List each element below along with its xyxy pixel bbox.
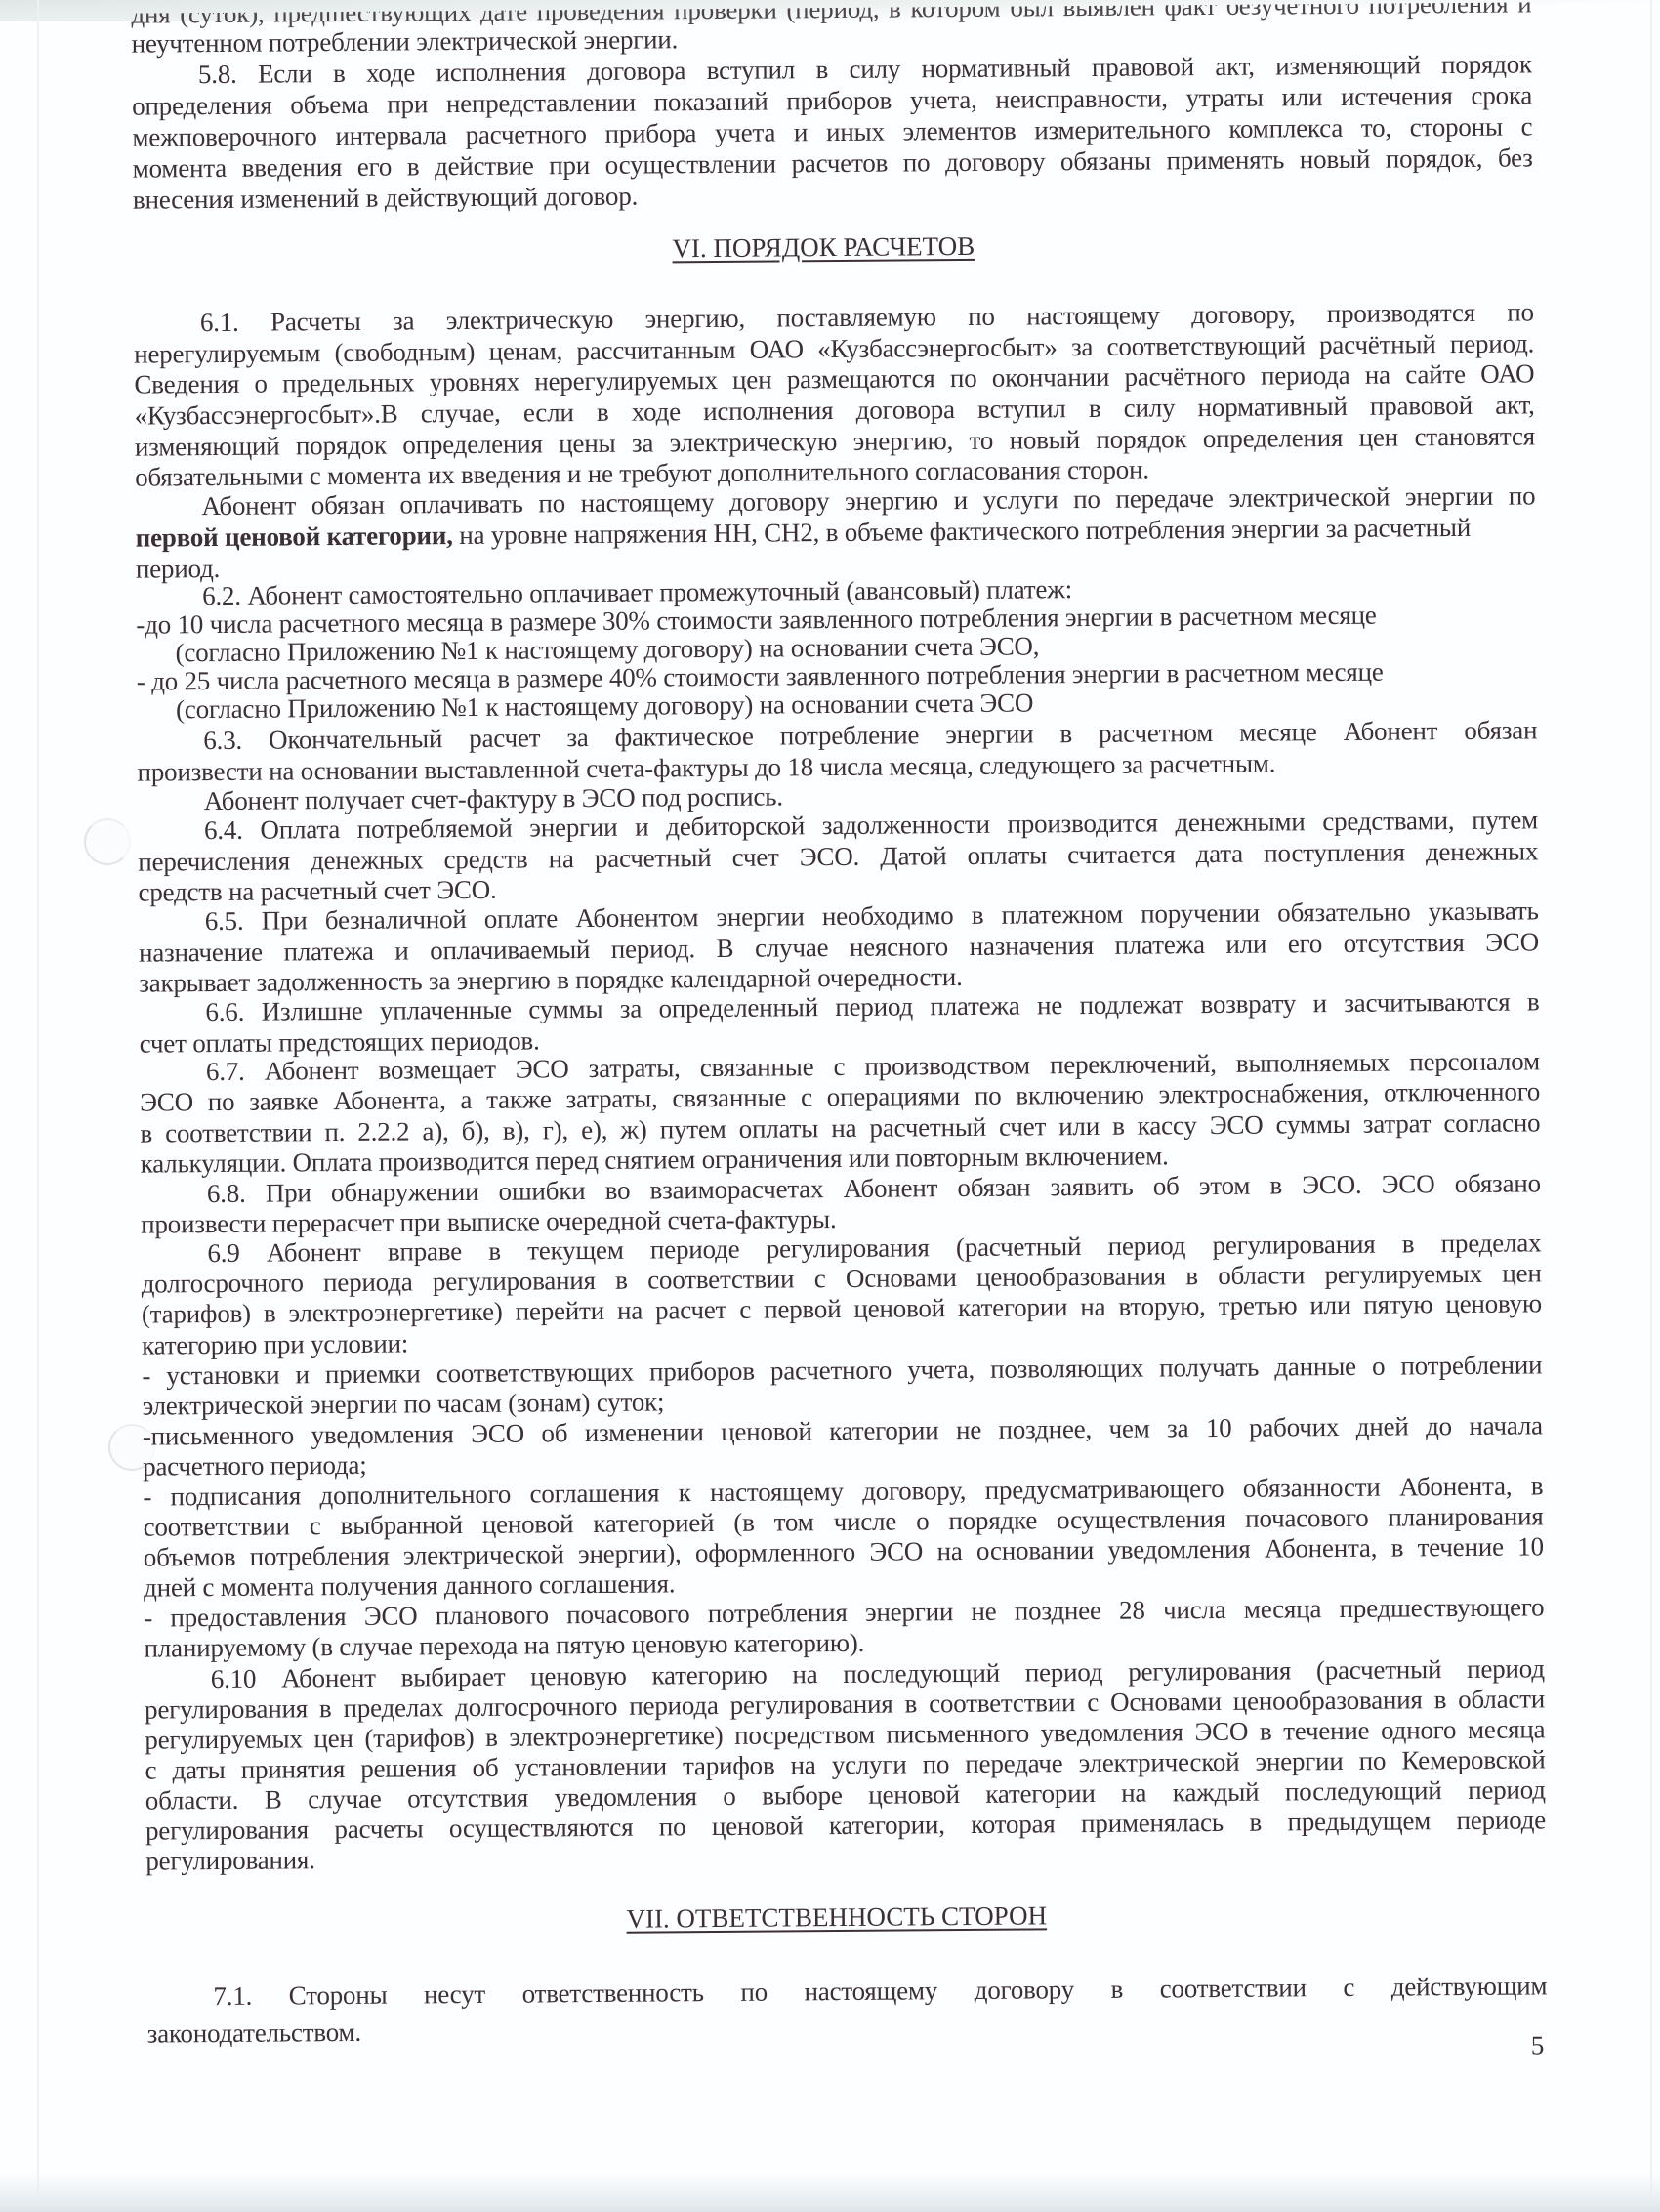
section-6-heading: VI. ПОРЯДОК РАСЧЕТОВ	[0, 226, 1653, 268]
section-7-heading: VII. ОТВЕТСТВЕННОСТЬ СТОРОН	[7, 1896, 1660, 1938]
page-number: 5	[1531, 2030, 1545, 2060]
para-7-1-line: законодательством.	[147, 2008, 1548, 2048]
para-7-1-line: 7.1. Стороны несут ответственность по на…	[146, 1971, 1547, 2011]
document-page: дня (суток), предшествующих дате проведе…	[0, 0, 1660, 2212]
price-category-bold: первой ценовой категории,	[136, 521, 453, 553]
